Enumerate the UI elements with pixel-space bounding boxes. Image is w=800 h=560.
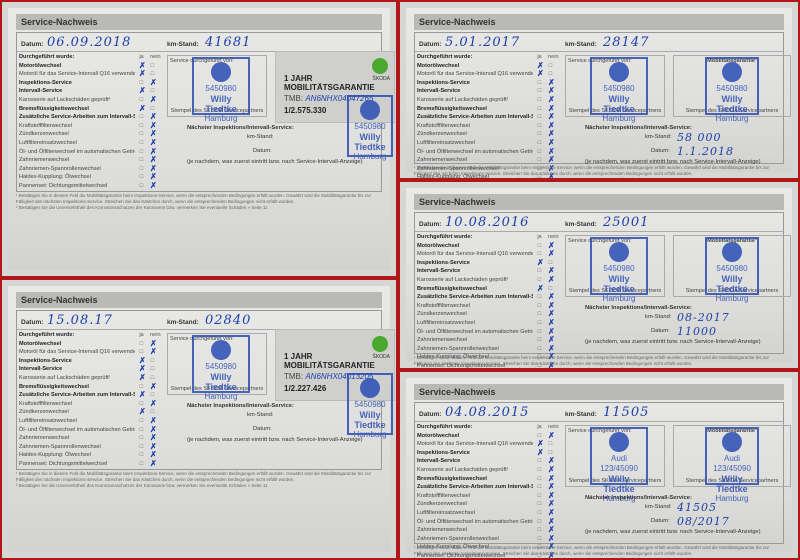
checkbox-ja[interactable]: □: [537, 526, 542, 535]
checklist-item: Intervall-Service□✗: [417, 87, 559, 96]
mobility-title-line2: MOBILITÄTSGARANTIE: [284, 83, 375, 92]
checkbox-ja[interactable]: □: [139, 148, 144, 157]
next-km-value: 58 000: [677, 131, 722, 144]
checkbox-ja[interactable]: □: [537, 500, 542, 509]
checklist-item: Zahnriemen-Spannrollenwechsel□✗: [19, 165, 161, 174]
footnotes: ¹ Bestätigen Sie in diesem Feld die Mobi…: [414, 355, 784, 370]
next-service-note: (je nachdem, was zuerst eintritt bzw. na…: [187, 159, 397, 165]
date-value: 04.08.2015: [445, 405, 529, 420]
checkbox-ja[interactable]: □: [537, 457, 542, 466]
checklist-item-label: Karosserie auf Lackschäden geprüft²: [417, 96, 508, 105]
service-form: Datum:15.08.17km-Stand:02840Durchgeführt…: [16, 310, 382, 470]
stamp-city: Hamburg: [592, 114, 646, 124]
checklist-item: Motorölwechsel□✗: [417, 242, 559, 251]
dealer-stamp: Audi123/45090Willy TiedtkeHamburg: [705, 427, 759, 485]
footnote-2: ² Bestätigen Sie die Unversehrtheit des …: [16, 483, 382, 489]
checkbox-ja[interactable]: □: [537, 492, 542, 501]
stamp-number: 5450980: [707, 264, 757, 274]
checklist-item: Zusätzliche Service-Arbeiten zum Interva…: [19, 391, 161, 400]
date-label: Datum:: [21, 319, 43, 326]
checklist-item-label: Haldex-Kupplung: Ölwechsel: [19, 451, 91, 460]
checklist-item-label: Luftfiltereinsatzwechsel: [417, 509, 475, 518]
dealer-stamp: 5450980Willy TiedtkeHamburg: [705, 57, 759, 115]
stamp-name: Willy Tiedtke: [592, 474, 646, 494]
checklist-item: Kraftstofffilterwechsel□✗: [417, 302, 559, 311]
checklist-item: Zusätzliche Service-Arbeiten zum Interva…: [417, 113, 559, 122]
checklist-item: Luftfiltereinsatzwechsel□✗: [417, 509, 559, 518]
checklist-item: Zahnriemenwechsel□✗: [417, 526, 559, 535]
checklist-item-label: Bremsflüssigkeitswechsel: [19, 105, 89, 114]
checkbox-nein[interactable]: ✗: [150, 96, 155, 105]
checkbox-ja[interactable]: □: [537, 328, 542, 337]
km-label: km-Stand:: [565, 221, 597, 228]
checklist-item-label: Intervall-Service: [19, 365, 62, 374]
service-form: Datum:5.01.2017km-Stand:28147Durchgeführ…: [414, 32, 784, 164]
checklist-item: Zusätzliche Service-Arbeiten zum Interva…: [19, 113, 161, 122]
checkbox-ja[interactable]: □: [139, 156, 144, 165]
mobility-title-line2: MOBILITÄTSGARANTIE: [284, 361, 375, 370]
checklist-item-label: Zahnriemen-Spannrollenwechsel: [417, 345, 499, 354]
checklist-item: Öl- und Ölfilterwechsel im automatischen…: [19, 148, 161, 157]
checkbox-ja[interactable]: □: [139, 434, 144, 443]
checklist-item: Haldex-Kupplung: Ölwechsel□✗: [19, 173, 161, 182]
stamp-city: Hamburg: [194, 114, 248, 124]
checklist-item: Luftfiltereinsatzwechsel□✗: [19, 417, 161, 426]
checkbox-ja[interactable]: □: [139, 173, 144, 182]
checklist-item: Öl- und Ölfilterwechsel im automatischen…: [417, 518, 559, 527]
next-date-row: Datum:1.1.2018: [585, 145, 795, 159]
checkbox-ja[interactable]: □: [537, 293, 542, 302]
stamp-number: 5450980: [592, 84, 646, 94]
service-page: Service-NachweisDatum:5.01.2017km-Stand:…: [406, 8, 792, 172]
checkbox-ja[interactable]: □: [537, 336, 542, 345]
checklist-item-label: Zusätzliche Service-Arbeiten zum Interva…: [19, 113, 135, 122]
next-km-label: km-Stand:: [645, 134, 671, 140]
checkbox-ja[interactable]: □: [139, 417, 144, 426]
checklist-item: Öl- und Ölfilterwechsel im automatischen…: [417, 148, 559, 157]
checkbox-nein[interactable]: ✗: [150, 182, 155, 191]
checklist-item-label: Öl- und Ölfilterwechsel im automatischen…: [417, 328, 533, 337]
next-km-label: km-Stand:: [645, 504, 671, 510]
checklist: Durchgeführt wurde:janeinMotorölwechsel□…: [417, 233, 559, 370]
checkbox-nein[interactable]: ✗: [150, 79, 155, 88]
checkbox-ja[interactable]: □: [537, 105, 542, 114]
checkbox-nein[interactable]: □: [150, 365, 155, 374]
checklist-item-label: Inspektions-Service: [417, 79, 470, 88]
checklist-item-label: Bremsflüssigkeitswechsel: [417, 285, 487, 294]
next-km-value: 08-2017: [677, 311, 730, 324]
date-value: 5.01.2017: [445, 35, 520, 50]
checkbox-ja[interactable]: □: [537, 87, 542, 96]
checkbox-ja[interactable]: □: [537, 518, 542, 527]
stamp-name: Willy Tiedtke: [194, 94, 248, 114]
checkbox-ja[interactable]: □: [139, 426, 144, 435]
checklist-item: Öl- und Ölfilterwechsel im automatischen…: [417, 328, 559, 337]
next-date-row: Datum:11000: [585, 325, 795, 339]
checkbox-nein[interactable]: ✗: [150, 348, 155, 357]
service-page: Service-NachweisDatum:15.08.17km-Stand:0…: [8, 286, 390, 552]
checklist-item-label: Intervall-Service: [417, 87, 460, 96]
checkbox-ja[interactable]: □: [537, 79, 542, 88]
checklist-item-label: Zahnriemen-Spannrollenwechsel: [417, 535, 499, 544]
checkbox-nein[interactable]: □: [150, 357, 155, 366]
checklist-item-label: Motorölwechsel: [417, 62, 459, 71]
service-record-photo: Service-NachweisDatum:06.09.2018km-Stand…: [0, 0, 398, 278]
checklist-item: Zusätzliche Service-Arbeiten zum Interva…: [417, 293, 559, 302]
checkbox-ja[interactable]: □: [537, 345, 542, 354]
service-page: Service-NachweisDatum:06.09.2018km-Stand…: [8, 8, 390, 270]
checkbox-ja[interactable]: □: [537, 509, 542, 518]
checkbox-nein[interactable]: ✗: [150, 383, 155, 392]
next-date-label: Datum:: [253, 426, 272, 432]
skoda-brand-label: ŠKODA: [372, 354, 390, 360]
stamp-name: Willy Tiedtke: [707, 94, 757, 114]
checklist-item-label: Zahnriemenwechsel: [417, 336, 467, 345]
checklist-item-label: Motorölwechsel: [19, 62, 61, 71]
checklist-item: Zündkerzenwechsel□✗: [19, 130, 161, 139]
checklist-item-label: Kraftstofffilterwechsel: [417, 492, 470, 501]
next-service-note: (je nachdem, was zuerst eintritt bzw. na…: [585, 339, 795, 345]
checklist-item-label: Bremsflüssigkeitswechsel: [417, 105, 487, 114]
checkbox-ja[interactable]: □: [139, 122, 144, 131]
performed-label: Durchgeführt wurde:: [417, 423, 472, 432]
next-km-label: km-Stand:: [247, 412, 273, 418]
checkbox-ja[interactable]: □: [139, 139, 144, 148]
next-km-value: 41505: [677, 501, 717, 514]
checkbox-ja[interactable]: □: [537, 139, 542, 148]
checklist-item-label: Karosserie auf Lackschäden geprüft²: [417, 276, 508, 285]
stamp-name: Willy Tiedtke: [592, 94, 646, 114]
ja-label: ja: [537, 423, 542, 432]
checklist-item: Inspektions-Service✗□: [417, 449, 559, 458]
checklist: Durchgeführt wurde:janeinMotorölwechsel□…: [417, 423, 559, 560]
checkbox-ja[interactable]: ✗: [537, 285, 542, 294]
next-date-row: Datum:: [187, 423, 397, 437]
next-km-row: km-Stand:: [187, 131, 397, 145]
checklist-item-label: Intervall-Service: [417, 457, 460, 466]
checklist-item-label: Kraftstofffilterwechsel: [417, 122, 470, 131]
checklist-item-label: Motoröl für das Service-Intervall Q16 ve…: [417, 250, 533, 259]
checklist-item-label: Karosserie auf Lackschäden geprüft²: [417, 466, 508, 475]
checklist-item-label: Zündkerzenwechsel: [417, 130, 467, 139]
skoda-logo-icon: [609, 242, 629, 262]
skoda-logo-icon: [722, 242, 742, 262]
checklist-item: Inspektions-Service✗□: [417, 259, 559, 268]
checklist-item: Zahnriemenwechsel□✗: [417, 336, 559, 345]
stamp-brand: Audi: [707, 454, 757, 464]
date-label: Datum:: [419, 221, 441, 228]
checkbox-nein[interactable]: ✗: [548, 276, 553, 285]
next-date-row: Datum:: [187, 145, 397, 159]
checklist-item-label: Inspektions-Service: [417, 259, 470, 268]
next-service-note: (je nachdem, was zuerst eintritt bzw. na…: [585, 529, 795, 535]
skoda-brand-label: ŠKODA: [372, 76, 390, 82]
skoda-logo-icon: [609, 62, 629, 82]
checkbox-ja[interactable]: ✗: [139, 374, 144, 383]
checkbox-nein[interactable]: ✗: [150, 460, 155, 469]
checklist-item: Zahnriemenwechsel□✗: [417, 156, 559, 165]
checkbox-ja[interactable]: ✗: [139, 87, 144, 96]
checkbox-ja[interactable]: □: [537, 113, 542, 122]
checklist-item-label: Luftfiltereinsatzwechsel: [417, 319, 475, 328]
km-value: 41681: [205, 35, 251, 50]
checkbox-ja[interactable]: □: [139, 165, 144, 174]
skoda-logo-icon: [360, 100, 380, 120]
checklist-item: Bremsflüssigkeitswechsel□✗: [417, 475, 559, 484]
date-value: 10.08.2016: [445, 215, 529, 230]
checklist-item: Kraftstofffilterwechsel□✗: [417, 492, 559, 501]
checklist-item-label: Öl- und Ölfilterwechsel im automatischen…: [19, 426, 135, 435]
stamp-number: 5450980: [194, 84, 248, 94]
km-value: 25001: [603, 215, 649, 230]
tmb-prefix: TMB:: [284, 372, 305, 381]
checklist-item-label: Öl- und Ölfilterwechsel im automatischen…: [19, 148, 135, 157]
checklist-item-label: Kraftstofffilterwechsel: [19, 400, 72, 409]
ja-label: ja: [537, 233, 542, 242]
mobility-number: 1/2.227.426: [284, 384, 326, 393]
checklist-item-label: Zusätzliche Service-Arbeiten zum Interva…: [417, 113, 533, 122]
checkbox-nein[interactable]: □: [548, 62, 553, 71]
stamp-name: Willy Tiedtke: [194, 372, 248, 392]
footnotes: ¹ Bestätigen Sie in diesem Feld die Mobi…: [414, 545, 784, 560]
checklist-item: Zahnriemen-Spannrollenwechsel□✗: [417, 535, 559, 544]
checklist-item: Bremsflüssigkeitswechsel✗□: [19, 105, 161, 114]
checklist-item-label: Pannenset: Dichtungsmittelwechsel: [19, 182, 107, 191]
dealer-stamp: 5450980Willy TiedtkeHamburg: [192, 335, 250, 393]
next-km-row: km-Stand:41505: [585, 501, 795, 515]
checklist-item: Kraftstofffilterwechsel□✗: [417, 122, 559, 131]
stamp-name: Willy Tiedtke: [707, 274, 757, 294]
mobility-title: 1 JAHRMOBILITÄTSGARANTIE: [284, 74, 375, 92]
checklist-item-label: Inspektions-Service: [19, 79, 72, 88]
checklist-item-label: Zündkerzenwechsel: [19, 130, 69, 139]
mobility-number: 1/2.575.330: [284, 106, 326, 115]
service-record-photo: Service-NachweisDatum:04.08.2015km-Stand…: [398, 370, 800, 560]
checkbox-nein[interactable]: ✗: [548, 250, 553, 259]
checklist-header: Durchgeführt wurde:janein: [19, 331, 161, 340]
checklist-item: Zusätzliche Service-Arbeiten zum Interva…: [417, 483, 559, 492]
checklist-item: Karosserie auf Lackschäden geprüft²□✗: [417, 96, 559, 105]
checklist: Durchgeführt wurde:janeinMotorölwechsel□…: [19, 331, 161, 469]
checkbox-ja[interactable]: □: [139, 451, 144, 460]
footnote-1: ¹ Bestätigen Sie in diesem Feld die Mobi…: [16, 193, 382, 205]
checkbox-ja[interactable]: □: [537, 483, 542, 492]
checklist-item-label: Zusätzliche Service-Arbeiten zum Interva…: [417, 483, 533, 492]
date-label: Datum:: [419, 41, 441, 48]
checklist-item: Pannenset: Dichtungsmittelwechsel□✗: [19, 460, 161, 469]
skoda-logo-icon: [360, 378, 380, 398]
checklist-item-label: Öl- und Ölfilterwechsel im automatischen…: [417, 518, 533, 527]
checkbox-ja[interactable]: □: [537, 156, 542, 165]
checkbox-ja[interactable]: □: [139, 460, 144, 469]
footnote-2: ² Bestätigen Sie die Unversehrtheit des …: [16, 205, 382, 211]
next-km-row: km-Stand:: [187, 409, 397, 423]
stamp-brand: Audi: [592, 454, 646, 464]
checklist-item-label: Zahnriemenwechsel: [417, 156, 467, 165]
footnote-1: ¹ Bestätigen Sie in diesem Feld die Mobi…: [414, 545, 784, 557]
checklist-item: Bremsflüssigkeitswechsel□✗: [417, 105, 559, 114]
dealer-stamp: 5450980Willy TiedtkeHamburg: [590, 237, 648, 295]
date-value: 15.08.17: [47, 313, 113, 328]
performed-label: Durchgeführt wurde:: [19, 331, 74, 340]
checkbox-ja[interactable]: □: [139, 443, 144, 452]
checklist-item: Luftfiltereinsatzwechsel□✗: [19, 139, 161, 148]
section-header: Service-Nachweis: [414, 384, 784, 400]
checkbox-ja[interactable]: □: [537, 267, 542, 276]
checkbox-ja[interactable]: ✗: [139, 105, 144, 114]
checklist-item: Karosserie auf Lackschäden geprüft²✗□: [19, 374, 161, 383]
km-label: km-Stand:: [565, 41, 597, 48]
footnote-1: ¹ Bestätigen Sie in diesem Feld die Mobi…: [414, 355, 784, 367]
checkbox-ja[interactable]: □: [537, 535, 542, 544]
checkbox-ja[interactable]: □: [537, 310, 542, 319]
section-header: Service-Nachweis: [414, 14, 784, 30]
checklist-item: Intervall-Service□✗: [417, 457, 559, 466]
tmb-prefix: TMB:: [284, 94, 305, 103]
checkbox-nein[interactable]: □: [150, 62, 155, 71]
service-record-photo: Service-NachweisDatum:15.08.17km-Stand:0…: [0, 278, 398, 560]
km-label: km-Stand:: [167, 41, 199, 48]
stamp-name: Willy Tiedtke: [707, 474, 757, 494]
checklist-item-label: Zündkerzenwechsel: [417, 310, 467, 319]
checklist: Durchgeführt wurde:janeinMotorölwechsel✗…: [19, 53, 161, 191]
km-value: 02840: [205, 313, 251, 328]
skoda-logo-icon: [211, 340, 231, 360]
performed-label: Durchgeführt wurde:: [417, 53, 472, 62]
next-km-row: km-Stand:08-2017: [585, 311, 795, 325]
next-date-label: Datum:: [253, 148, 272, 154]
checklist-item-label: Motorölwechsel: [19, 340, 61, 349]
checkbox-ja[interactable]: □: [537, 242, 542, 251]
next-service-note: (je nachdem, was zuerst eintritt bzw. na…: [187, 437, 397, 443]
checkbox-ja[interactable]: □: [537, 475, 542, 484]
checkbox-ja[interactable]: □: [139, 340, 144, 349]
checklist-item-label: Luftfiltereinsatzwechsel: [417, 139, 475, 148]
checkbox-ja[interactable]: ✗: [537, 259, 542, 268]
checklist-item-label: Inspektions-Service: [417, 449, 470, 458]
checkbox-ja[interactable]: ✗: [537, 449, 542, 458]
km-value: 28147: [603, 35, 649, 50]
skoda-logo-icon: [211, 62, 231, 82]
checkbox-nein[interactable]: ✗: [150, 400, 155, 409]
checklist-item-label: Kraftstofffilterwechsel: [417, 302, 470, 311]
footnotes: ¹ Bestätigen Sie in diesem Feld die Mobi…: [414, 165, 784, 180]
checklist-marks: □✗: [139, 460, 161, 469]
checklist-item: Haldex-Kupplung: Ölwechsel□✗: [19, 451, 161, 460]
checklist-item-label: Motorölwechsel: [417, 242, 459, 251]
checklist-item: Kraftstofffilterwechsel□✗: [19, 122, 161, 131]
checkbox-ja[interactable]: ✗: [139, 408, 144, 417]
checkbox-ja[interactable]: □: [139, 113, 144, 122]
checkbox-ja[interactable]: □: [537, 302, 542, 311]
checklist-item: Zahnriemen-Spannrollenwechsel□✗: [19, 443, 161, 452]
checkbox-ja[interactable]: ✗: [139, 70, 144, 79]
ja-label: ja: [139, 331, 144, 340]
checkbox-ja[interactable]: □: [537, 122, 542, 131]
stamp-number: 123/45090: [707, 464, 757, 474]
checkbox-ja[interactable]: ✗: [537, 70, 542, 79]
checkbox-ja[interactable]: □: [537, 96, 542, 105]
mobility-title: 1 JAHRMOBILITÄTSGARANTIE: [284, 352, 375, 370]
km-label: km-Stand:: [167, 319, 199, 326]
checklist-item-label: Karosserie auf Lackschäden geprüft²: [19, 374, 110, 383]
date-value: 06.09.2018: [47, 35, 131, 50]
checklist-item: Zündkerzenwechsel□✗: [417, 310, 559, 319]
skoda-logo-icon: [372, 336, 388, 352]
dealer-stamp: 5450980Willy TiedtkeHamburg: [192, 57, 250, 115]
date-km-row: Datum:10.08.2016km-Stand:25001: [415, 213, 783, 232]
date-km-row: Datum:06.09.2018km-Stand:41681: [17, 33, 381, 52]
checklist-item-label: Zahnriemenwechsel: [19, 156, 69, 165]
checklist-item: Öl- und Ölfilterwechsel im automatischen…: [19, 426, 161, 435]
next-date-row: Datum:08/2017: [585, 515, 795, 529]
footnotes: ¹ Bestätigen Sie in diesem Feld die Mobi…: [16, 471, 382, 489]
checklist-item: Pannenset: Dichtungsmittelwechsel□✗: [19, 182, 161, 191]
checklist-item-label: Karosserie auf Lackschäden geprüft²: [19, 96, 110, 105]
skoda-logo-icon: [722, 62, 742, 82]
checklist-item: Zahnriemenwechsel□✗: [19, 156, 161, 165]
footnote-1: ¹ Bestätigen Sie in diesem Feld die Mobi…: [414, 165, 784, 177]
checklist-item-label: Haldex-Kupplung: Ölwechsel: [19, 173, 91, 182]
checkbox-ja[interactable]: □: [537, 319, 542, 328]
checkbox-ja[interactable]: □: [537, 130, 542, 139]
next-service: Nächster Inspektions/Intervall-Service:k…: [585, 495, 795, 535]
checklist-item-label: Motoröl für das Service-Intervall Q16 ve…: [417, 440, 533, 449]
date-label: Datum:: [21, 41, 43, 48]
checklist-item-label: Motoröl für das Service-Intervall Q16 ve…: [417, 70, 533, 79]
nein-label: nein: [150, 53, 155, 62]
checkbox-ja[interactable]: □: [537, 466, 542, 475]
km-value: 11505: [603, 405, 649, 420]
checklist-item-label: Bremsflüssigkeitswechsel: [19, 383, 89, 392]
checklist-item: Zahnriemen-Spannrollenwechsel□✗: [417, 345, 559, 354]
stamp-city: Hamburg: [707, 114, 757, 124]
checkbox-ja[interactable]: □: [139, 130, 144, 139]
checklist-item: Zahnriemenwechsel□✗: [19, 434, 161, 443]
checklist-item: Motoröl für das Service-Intervall Q16 ve…: [417, 70, 559, 79]
checklist-item-label: Zahnriemenwechsel: [19, 434, 69, 443]
km-label: km-Stand:: [565, 411, 597, 418]
checklist-item-label: Zahnriemen-Spannrollenwechsel: [19, 443, 101, 452]
section-header: Service-Nachweis: [414, 194, 784, 210]
performed-label: Durchgeführt wurde:: [19, 53, 74, 62]
checklist-item: Intervall-Service□✗: [417, 267, 559, 276]
next-service: Nächster Inspektions/Intervall-Service:k…: [187, 125, 397, 165]
mobility-title-line1: 1 JAHR: [284, 74, 375, 83]
checklist-item-label: Kraftstofffilterwechsel: [19, 122, 72, 131]
date-km-row: Datum:5.01.2017km-Stand:28147: [415, 33, 783, 52]
checklist-item-label: Zündkerzenwechsel: [19, 408, 69, 417]
checklist: Durchgeführt wurde:janeinMotorölwechsel✗…: [417, 53, 559, 180]
section-header: Service-Nachweis: [16, 292, 382, 308]
service-page: Service-NachweisDatum:10.08.2016km-Stand…: [406, 188, 792, 362]
service-record-photo: Service-NachweisDatum:10.08.2016km-Stand…: [398, 180, 800, 370]
section-header: Service-Nachweis: [16, 14, 382, 30]
checkbox-ja[interactable]: ✗: [139, 391, 144, 400]
next-km-label: km-Stand:: [247, 134, 273, 140]
checklist-item: Bremsflüssigkeitswechsel✗□: [417, 285, 559, 294]
checkbox-ja[interactable]: □: [537, 148, 542, 157]
checkbox-ja[interactable]: □: [139, 182, 144, 191]
stamp-number: 5450980: [592, 264, 646, 274]
service-form: Datum:10.08.2016km-Stand:25001Durchgefüh…: [414, 212, 784, 354]
checklist-item-label: Zahnriemenwechsel: [417, 526, 467, 535]
checkbox-nein[interactable]: □: [548, 440, 553, 449]
checkbox-nein[interactable]: ✗: [548, 432, 553, 441]
checklist-item-label: Intervall-Service: [19, 87, 62, 96]
stamp-city: Hamburg: [592, 294, 646, 304]
checklist-item-label: Zusätzliche Service-Arbeiten zum Interva…: [417, 293, 533, 302]
